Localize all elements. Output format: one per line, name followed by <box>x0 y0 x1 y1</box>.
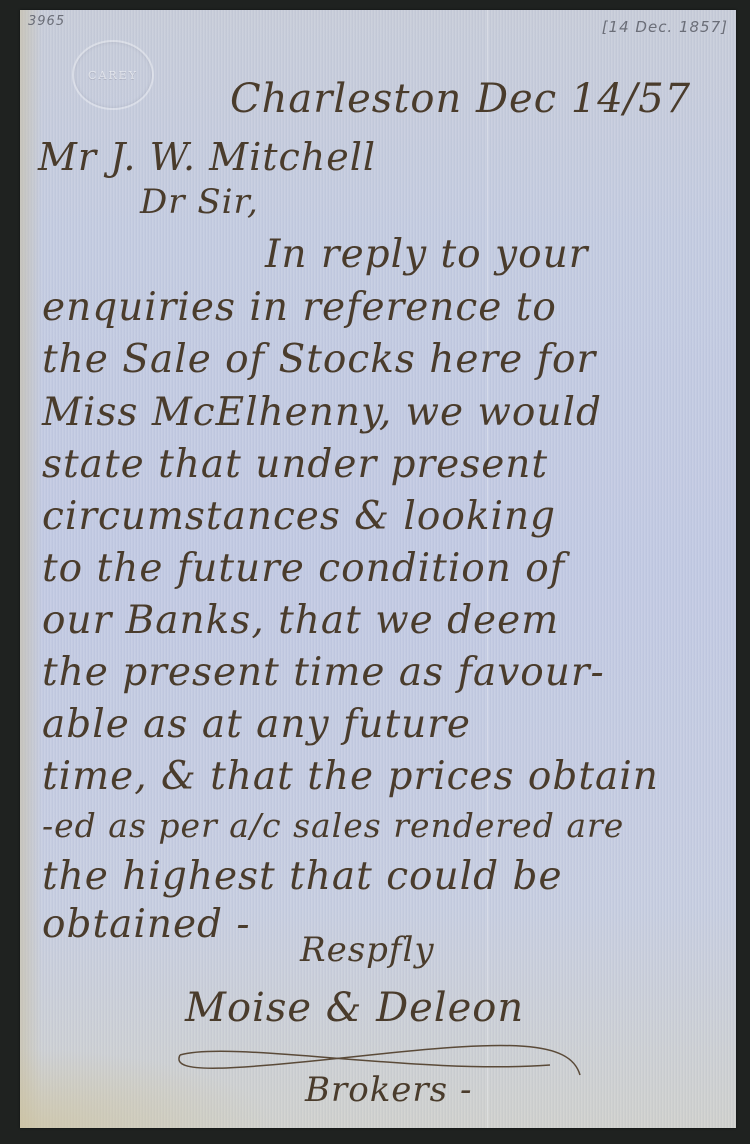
signature-title: Brokers - <box>305 1070 472 1110</box>
body-line: the Sale of Stocks here for <box>42 337 596 382</box>
body-line: to the future condition of <box>42 546 565 591</box>
dateline: Charleston Dec 14/57 <box>230 76 691 122</box>
body-line: In reply to your <box>265 232 588 277</box>
body-line: -ed as per a/c sales rendered are <box>42 806 624 845</box>
addressee: Mr J. W. Mitchell <box>38 135 376 179</box>
body-line: enquiries in reference to <box>42 285 557 330</box>
archive-number: 3965 <box>28 14 65 29</box>
body-line: obtained - <box>42 902 251 947</box>
body-line: Miss McElhenny, we would <box>42 390 602 435</box>
archive-date-annotation: [14 Dec. 1857] <box>602 18 728 36</box>
emboss-stamp-text: CAREY <box>88 69 138 82</box>
body-line: time, & that the prices obtain <box>42 754 659 799</box>
body-line: the present time as favour- <box>42 650 605 695</box>
closing: Respfly <box>300 930 435 970</box>
letter-page: 3965 [14 Dec. 1857] CAREY Charleston Dec… <box>20 10 736 1128</box>
body-line: state that under present <box>42 442 548 487</box>
signature: Moise & Deleon <box>185 985 524 1031</box>
body-line: the highest that could be <box>42 854 563 899</box>
salutation: Dr Sir, <box>140 182 259 222</box>
body-line: able as at any future <box>42 702 471 747</box>
body-line: circumstances & looking <box>42 494 556 539</box>
body-line: our Banks, that we deem <box>42 598 559 643</box>
emboss-stamp-wreath-icon: CAREY <box>72 40 154 110</box>
